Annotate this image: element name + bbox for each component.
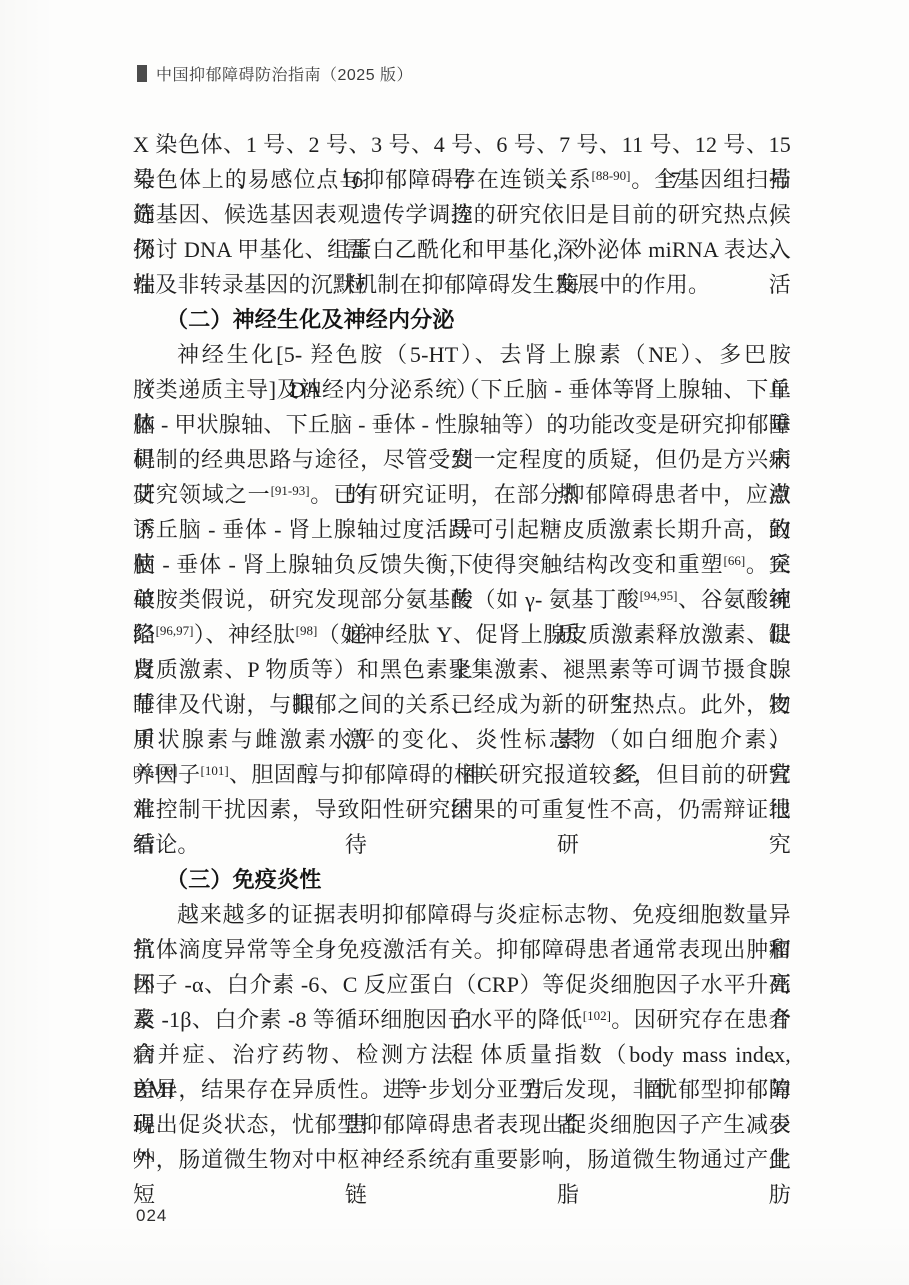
text-line: 探讨 DNA 甲基化、组蛋白乙酰化和甲基化，外泌体 miRNA 表达、端粒酶活 (133, 232, 791, 267)
text-line: 神经生化[5- 羟色胺（5-HT）、去肾上腺素（NE）、多巴胺（DA）等单 (133, 337, 791, 372)
text-line: 难控制干扰因素，导致阳性研究结果的可重复性不高，仍需辩证地看待研究 (133, 792, 791, 827)
text-line: 节律及代谢，与抑郁之间的关系已经成为新的研究热点。此外，皮质激素、 (133, 687, 791, 722)
text-line: 脑 - 垂体 - 肾上腺轴负反馈失衡，使得突触结构改变和重塑[66]。突破传统 (133, 547, 791, 582)
text-line: 选基因、候选基因表观遗传学调控的研究依旧是目前的研究热点，仍需深入 (133, 197, 791, 232)
text-line: 机制的经典思路与途径，尽管受到一定程度的质疑，但仍是方兴未艾的热点 (133, 442, 791, 477)
citation-superscript: [66] (724, 553, 746, 568)
page-number: 024 (136, 1206, 167, 1226)
running-header: 中国抑郁障碍防治指南（2025 版） (137, 62, 413, 85)
scanned-book-page: 中国抑郁障碍防治指南（2025 版） X 染色体、1 号、2 号、3 号、4 号… (0, 0, 909, 1285)
citation-superscript: [98] (296, 623, 318, 638)
text-line: 现出促炎状态，忧郁型抑郁障碍患者表现出促炎细胞因子产生减少[99]。此 (133, 1107, 791, 1142)
text-line: 体 - 甲状腺轴、下丘脑 - 垂体 - 性腺轴等）的功能改变是研究抑郁障碍发病 (133, 407, 791, 442)
section-heading: （二）神经生化及神经内分泌 (133, 302, 791, 337)
text-line: X 染色体、1 号、2 号、3 号、4 号、6 号、7 号、11 号、12 号、… (133, 127, 791, 162)
text-line: 研究领域之一[91-93]。已有研究证明，在部分抑郁障碍患者中，应激诱导的 (133, 477, 791, 512)
text-line: 差异，结果存在异质性。进一步划分亚型后发现，非忧郁型抑郁障碍患者表 (133, 1072, 791, 1107)
citation-superscript: [101] (200, 763, 228, 778)
text-line: 胺类递质主导]及神经内分泌系统（下丘脑 - 垂体 - 肾上腺轴、下丘脑 - 垂 (133, 372, 791, 407)
text-line: 甲状腺素与雌激素水平的变化、炎性标志物（如白细胞介素）[99,100]、神经营 (133, 722, 791, 757)
section-heading: （三）免疫炎性 (133, 862, 791, 897)
text-line: 皮质激素、P 物质等）和黑色素聚集激素、褪黑素等可调节摄食、睡眠、生物 (133, 652, 791, 687)
text-line: 性及非转录基因的沉默机制在抑郁障碍发生发展中的作用。 (133, 267, 791, 302)
text-line: 合并症、治疗药物、检测方法、体质量指数（body mass index, BMI… (133, 1037, 791, 1072)
page-body: X 染色体、1 号、2 号、3 号、4 号、6 号、7 号、11 号、12 号、… (133, 127, 791, 1177)
text-line: 越来越多的证据表明抑郁障碍与炎症标志物、免疫细胞数量异常和 (133, 897, 791, 932)
text-line: 素 -1β、白介素 -8 等循环细胞因子水平的降低[102]。因研究存在患者病程… (133, 1002, 791, 1037)
citation-superscript: [91-93] (271, 483, 310, 498)
text-line: 陷[96,97]）、神经肽[98]（如神经肽 Y、促肾上腺皮质激素释放激素、促肾… (133, 617, 791, 652)
citation-superscript: [102] (583, 1008, 611, 1023)
text-line: 单胺类假说，研究发现部分氨基酸（如 γ- 氨基丁酸[94,95]、谷氨酸神经递质… (133, 582, 791, 617)
text-line: 下丘脑 - 垂体 - 肾上腺轴过度活跃可引起糖皮质激素长期升高，致使下丘 (133, 512, 791, 547)
text-line: 因子 -α、白介素 -6、C 反应蛋白（CRP）等促炎细胞因子水平升高及白介 (133, 967, 791, 1002)
text-line: 养因子[101]、胆固醇与抑郁障碍的相关研究报道较多，但目前的研究常因很 (133, 757, 791, 792)
chapter-marker-icon (137, 65, 147, 82)
text-line: 外，肠道微生物对中枢神经系统有重要影响，肠道微生物通过产生短链脂肪 (133, 1142, 791, 1177)
citation-superscript: [88-90] (592, 168, 631, 183)
running-header-title: 中国抑郁障碍防治指南（2025 版） (156, 62, 413, 85)
text-line: 抗体滴度异常等全身免疫激活有关。抑郁障碍患者通常表现出肿瘤坏死 (133, 932, 791, 967)
citation-superscript: [94,95] (640, 588, 678, 603)
citation-superscript: [96,97] (156, 623, 194, 638)
text-line: 染色体上的易感位点与抑郁障碍存在连锁关系[88-90]。全基因组扫描筛选候 (133, 162, 791, 197)
